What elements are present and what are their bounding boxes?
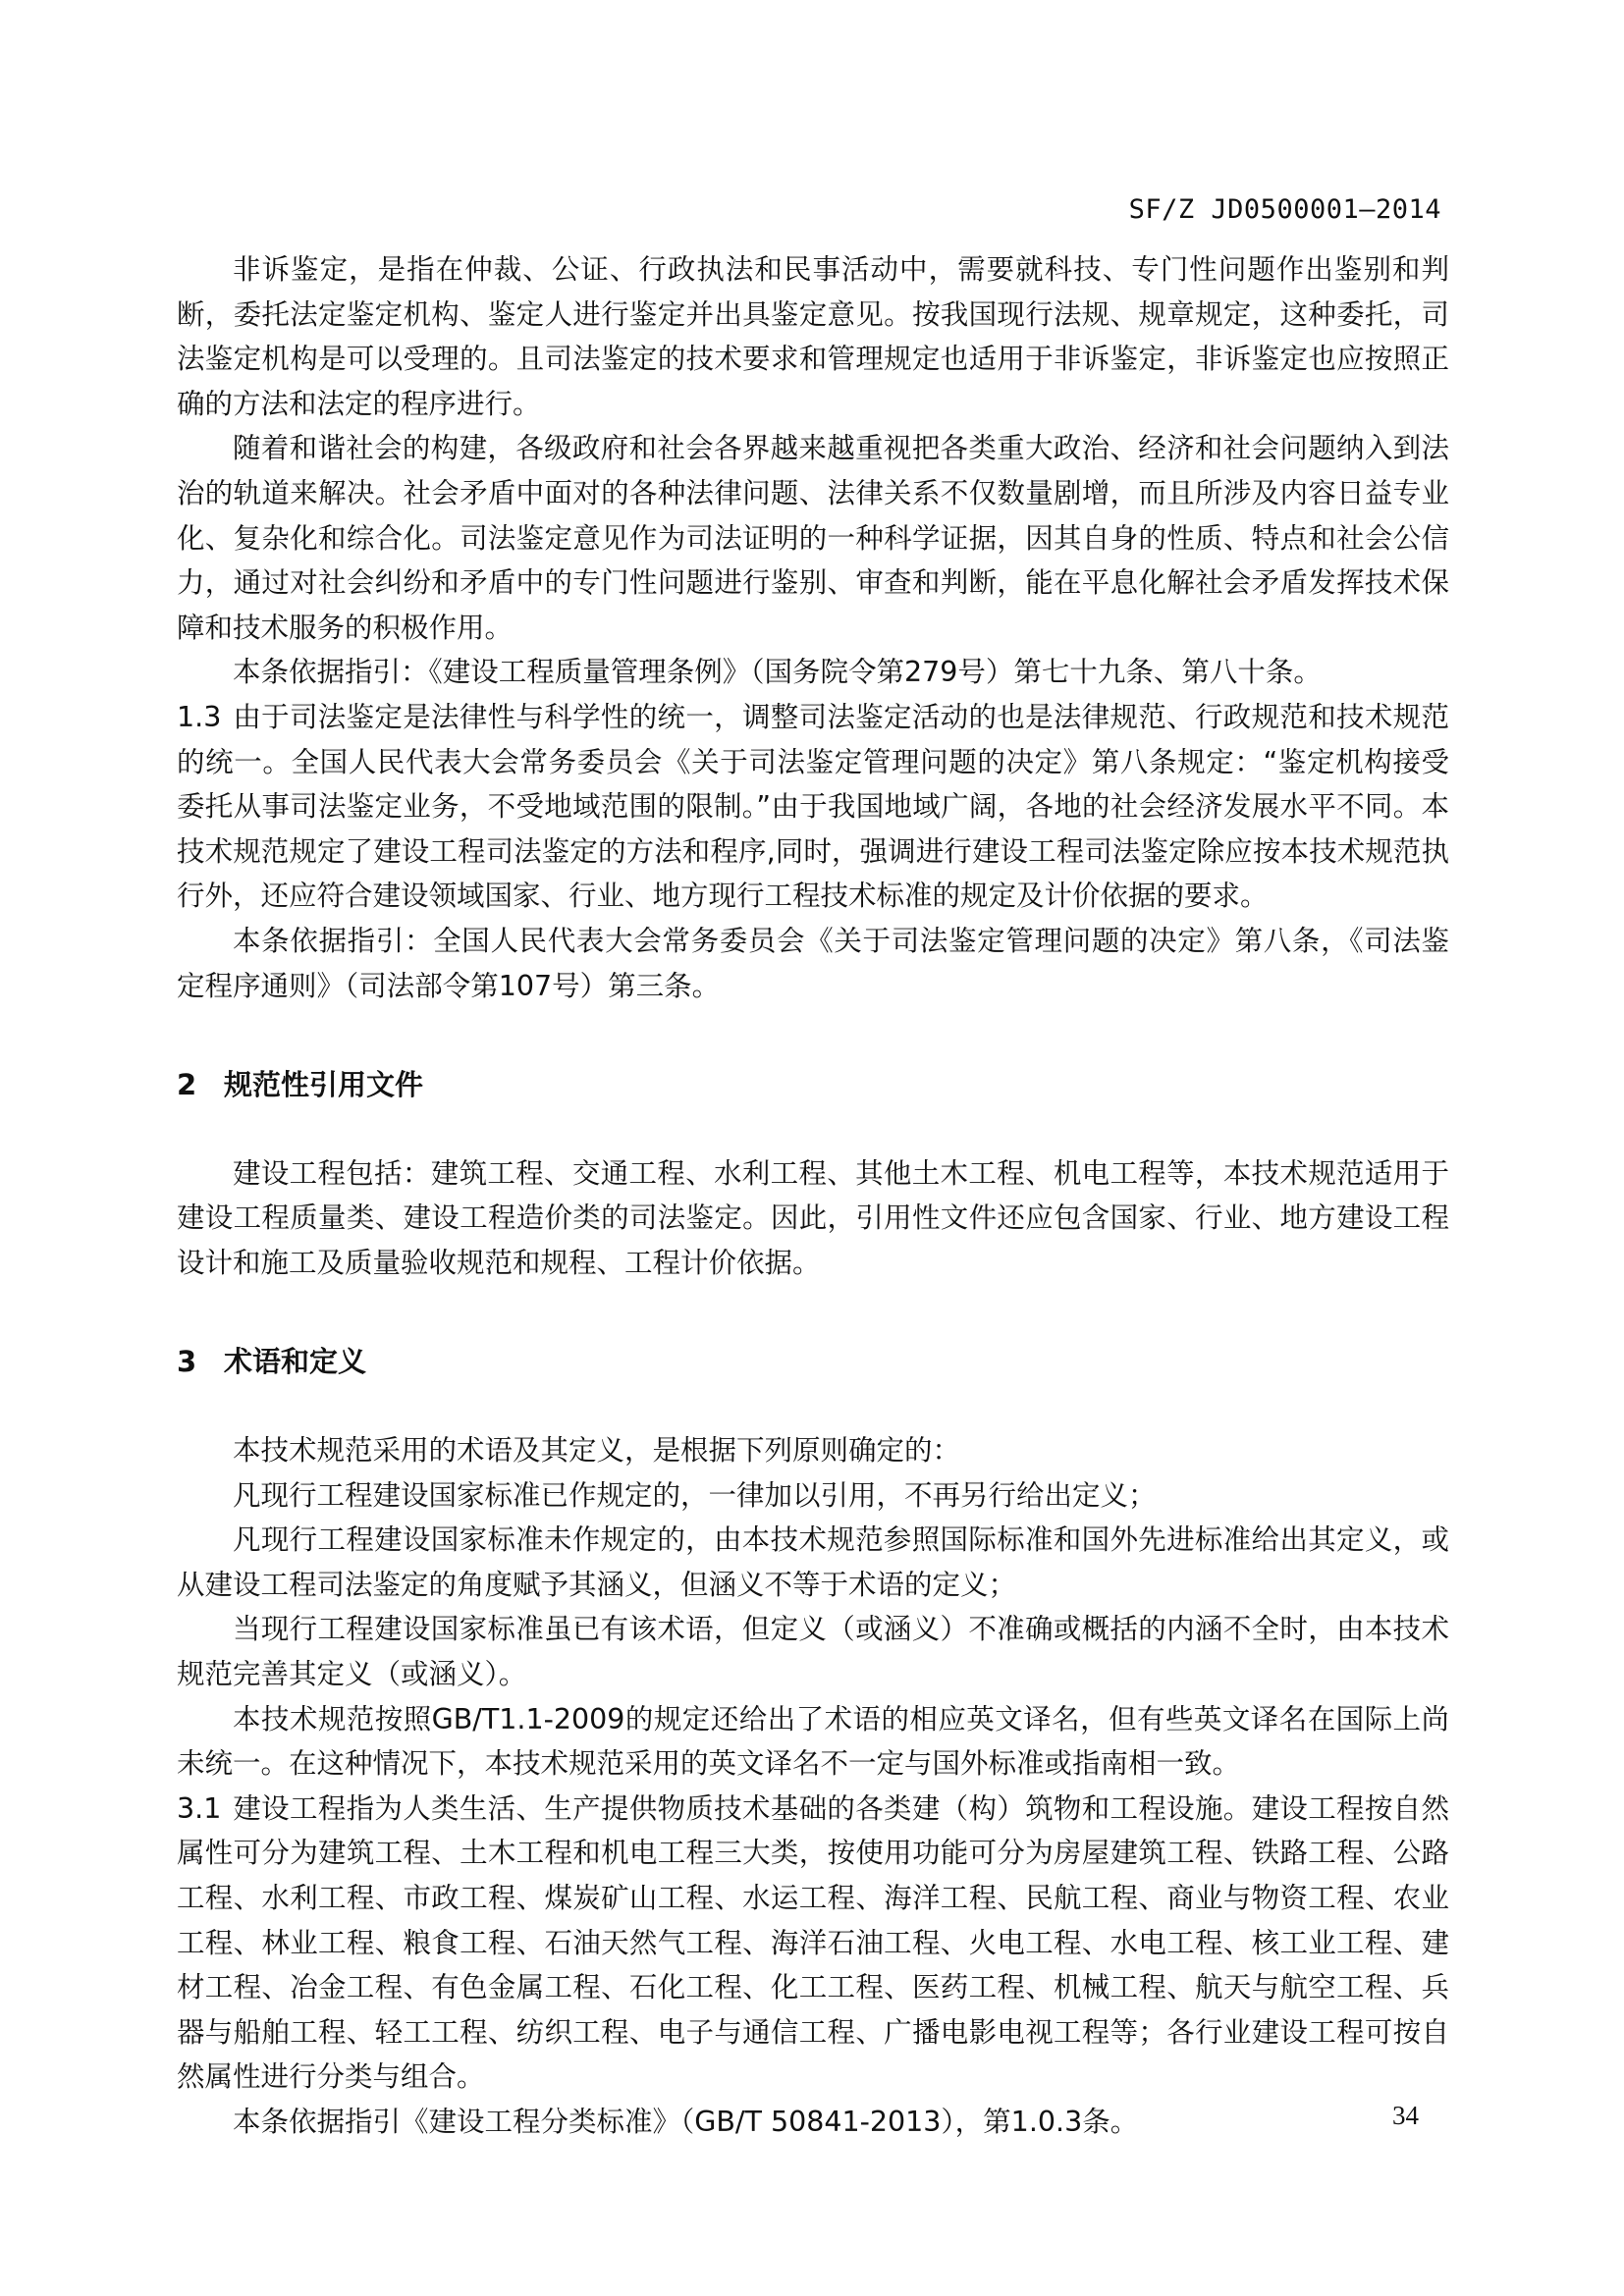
page-number: 34 [1392, 2101, 1419, 2131]
paragraph-principle-3: 当现行工程建设国家标准虽已有该术语，但定义（或涵义）不准确或概括的内涵不全时，由… [177, 1607, 1449, 1696]
paragraph-principle-2: 凡现行工程建设国家标准未作规定的，由本技术规范参照国际标准和国外先进标准给出其定… [177, 1518, 1449, 1607]
paragraph-english-names: 本技术规范按照GB/T1.1-2009的规定还给出了术语的相应英文译名，但有些英… [177, 1697, 1449, 1787]
section-title: 术语和定义 [224, 1345, 366, 1378]
document-body: 非诉鉴定，是指在仲裁、公证、行政执法和民事活动中，需要就科技、专门性问题作出鉴别… [177, 247, 1449, 2145]
paragraph-basis-reference-3: 本条依据指引《建设工程分类标准》（GB/T 50841-2013），第1.0.3… [177, 2100, 1449, 2145]
paragraph-terms-principles: 本技术规范采用的术语及其定义，是根据下列原则确定的： [177, 1428, 1449, 1473]
document-code-header: SF/Z JD0500001—2014 [1129, 194, 1441, 225]
clause-number: 3.1 [177, 1787, 233, 1832]
clause-number: 1.3 [177, 695, 233, 740]
paragraph-harmonious-society: 随着和谐社会的构建，各级政府和社会各界越来越重视把各类重大政治、经济和社会问题纳… [177, 426, 1449, 650]
paragraph-non-litigation-appraisal: 非诉鉴定，是指在仲裁、公证、行政执法和民事活动中，需要就科技、专门性问题作出鉴别… [177, 247, 1449, 426]
section-number: 3 [177, 1340, 224, 1385]
section-heading-2: 2规范性引用文件 [177, 1063, 1449, 1108]
paragraph-basis-reference-2: 本条依据指引：全国人民代表大会常务委员会《关于司法鉴定管理问题的决定》第八条，《… [177, 919, 1449, 1008]
clause-text: 建设工程指为人类生活、生产提供物质技术基础的各类建（构）筑物和工程设施。建设工程… [177, 1792, 1449, 2094]
paragraph-normative-references: 建设工程包括：建筑工程、交通工程、水利工程、其他土木工程、机电工程等，本技术规范… [177, 1151, 1449, 1286]
clause-3-1: 3.1建设工程指为人类生活、生产提供物质技术基础的各类建（构）筑物和工程设施。建… [177, 1787, 1449, 2100]
section-title: 规范性引用文件 [224, 1068, 423, 1101]
section-number: 2 [177, 1063, 224, 1108]
section-heading-3: 3术语和定义 [177, 1340, 1449, 1385]
clause-1-3: 1.3由于司法鉴定是法律性与科学性的统一，调整司法鉴定活动的也是法律规范、行政规… [177, 695, 1449, 919]
paragraph-basis-reference-1: 本条依据指引：《建设工程质量管理条例》（国务院令第279号）第七十九条、第八十条… [177, 650, 1449, 695]
paragraph-principle-1: 凡现行工程建设国家标准已作规定的，一律加以引用，不再另行给出定义； [177, 1473, 1449, 1519]
clause-text: 由于司法鉴定是法律性与科学性的统一，调整司法鉴定活动的也是法律规范、行政规范和技… [177, 701, 1449, 912]
